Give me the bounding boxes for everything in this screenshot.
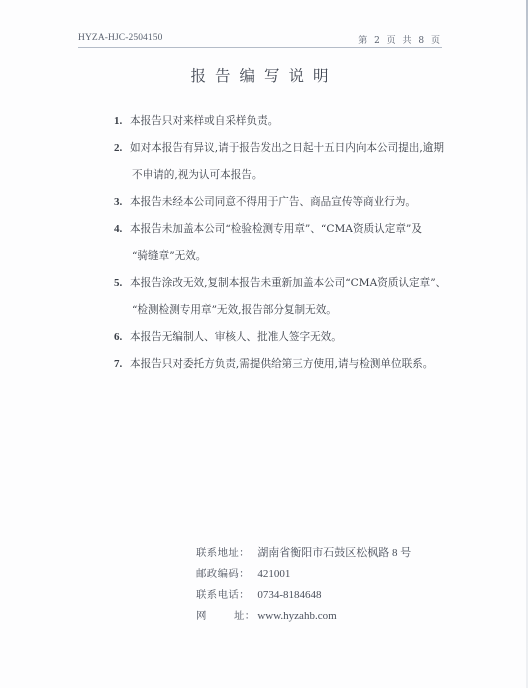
note-number: 6. <box>114 324 122 351</box>
note-text: 如对本报告有异议,请于报告发出之日起十五日内向本公司提出,逾期 <box>130 135 464 162</box>
note-item-4: 4. 本报告未加盖本公司“检验检测专用章”、“CMA资质认定章”及 “骑缝章”无… <box>114 216 464 270</box>
note-number: 5. <box>114 270 122 297</box>
page-title: 报告编写说明 <box>0 64 528 86</box>
note-text: 本报告未加盖本公司“检验检测专用章”、“CMA资质认定章”及 <box>130 216 464 243</box>
website-label: 网址： <box>196 606 254 627</box>
note-item-5: 5. 本报告涂改无效,复制本报告未重新加盖本公司“CMA资质认定章”、 “检测检… <box>114 270 464 324</box>
note-text: 本报告未经本公司同意不得用于广告、商品宣传等商业行为。 <box>130 189 464 216</box>
postcode-value: 421001 <box>257 568 290 580</box>
note-item-1: 1. 本报告只对来样或自采样负责。 <box>114 108 464 135</box>
note-number: 7. <box>114 351 122 378</box>
note-item-7: 7. 本报告只对委托方负责,需提供给第三方使用,请与检测单位联系。 <box>114 351 464 378</box>
website-value: www.hyzahb.com <box>257 610 336 622</box>
phone-label: 联系电话： <box>196 585 254 606</box>
contact-phone-row: 联系电话： 0734-8184648 <box>196 585 411 606</box>
contact-address-row: 联系地址： 湖南省衡阳市石鼓区松枫路 8 号 <box>196 543 411 564</box>
note-item-2: 2. 如对本报告有异议,请于报告发出之日起十五日内向本公司提出,逾期 不申请的,… <box>114 135 464 189</box>
report-code: HYZA-HJC-2504150 <box>78 33 162 43</box>
note-text: 本报告无编制人、审核人、批准人签字无效。 <box>130 324 464 351</box>
website-label-part2: 址： <box>234 610 256 622</box>
note-number: 3. <box>114 189 122 216</box>
contact-block: 联系地址： 湖南省衡阳市石鼓区松枫路 8 号 邮政编码： 421001 联系电话… <box>196 543 411 627</box>
page-counter: 第 2 页 共 8 页 <box>358 33 442 46</box>
contact-website-row: 网址： www.hyzahb.com <box>196 606 411 627</box>
address-value: 湖南省衡阳市石鼓区松枫路 8 号 <box>257 547 411 559</box>
note-text: 本报告只对委托方负责,需提供给第三方使用,请与检测单位联系。 <box>130 351 464 378</box>
note-text: 本报告只对来样或自采样负责。 <box>130 108 464 135</box>
note-number: 2. <box>114 135 122 162</box>
address-label: 联系地址： <box>196 543 254 564</box>
note-text-continued: 不申请的,视为认可本报告。 <box>130 162 464 189</box>
notes-list: 1. 本报告只对来样或自采样负责。 2. 如对本报告有异议,请于报告发出之日起十… <box>114 108 464 378</box>
note-number: 1. <box>114 108 122 135</box>
website-label-part1: 网 <box>196 606 234 627</box>
note-text: 本报告涂改无效,复制本报告未重新加盖本公司“CMA资质认定章”、 <box>130 270 464 297</box>
note-text-continued: “检测检测专用章”无效,报告部分复制无效。 <box>130 297 464 324</box>
page-header: HYZA-HJC-2504150 第 2 页 共 8 页 <box>78 31 442 48</box>
note-item-6: 6. 本报告无编制人、审核人、批准人签字无效。 <box>114 324 464 351</box>
contact-postcode-row: 邮政编码： 421001 <box>196 564 411 585</box>
note-item-3: 3. 本报告未经本公司同意不得用于广告、商品宣传等商业行为。 <box>114 189 464 216</box>
phone-value: 0734-8184648 <box>257 589 321 601</box>
postcode-label: 邮政编码： <box>196 564 254 585</box>
note-text-continued: “骑缝章”无效。 <box>130 243 464 270</box>
note-number: 4. <box>114 216 122 243</box>
